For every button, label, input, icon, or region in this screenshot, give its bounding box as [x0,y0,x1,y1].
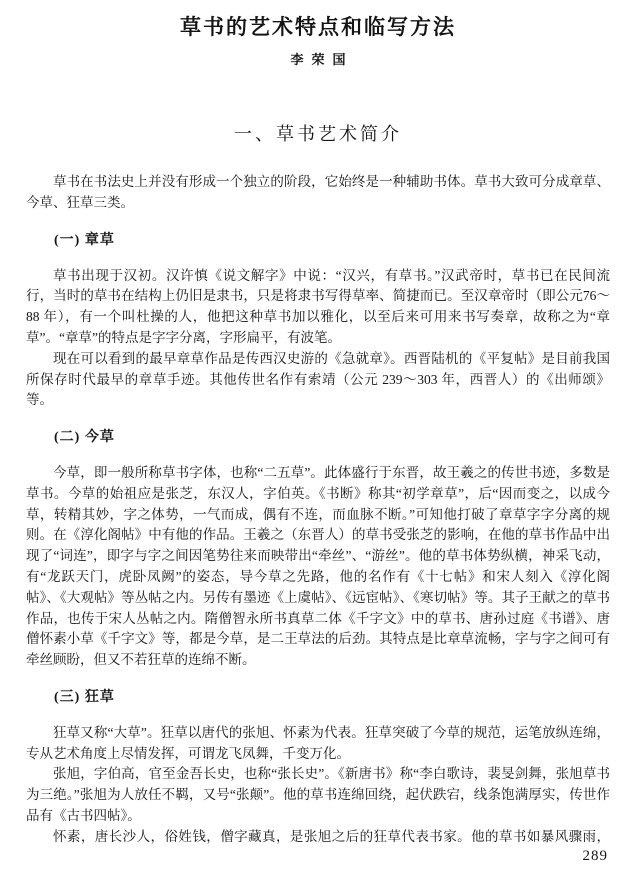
sub-heading: (二) 今草 [26,428,610,449]
paragraph: 张旭，字伯高，官至金吾长史，也称“张长史”。《新唐书》称“李白歌诗，裴旻剑舞，张… [26,764,610,826]
sub-heading: (一) 章草 [26,231,610,252]
content-blocks: 草书在书法史上并没有形成一个独立的阶段，它始终是一种辅助书体。草书大致可分成章草… [26,172,610,847]
page-number: 289 [583,848,609,865]
paragraph: 今草，即一般所称草书字体，也称“二五草”。此体盛行于东晋，故王羲之的传世书迹，多… [26,463,610,671]
section-heading: 一、草书艺术简介 [26,120,610,146]
paragraph: 怀素，唐长沙人，俗姓钱，僧字藏真，是张旭之后的狂草代表书家。他的草书如暴风骤雨， [26,827,610,848]
page-title: 草书的艺术特点和临写方法 [26,14,610,40]
author-name: 李荣国 [26,49,610,68]
paragraph: 草书在书法史上并没有形成一个独立的阶段，它始终是一种辅助书体。草书大致可分成章草… [26,172,610,214]
paragraph: 现在可以看到的最早章草作品是传西汉史游的《急就章》。西晋陆机的《平复帖》是目前我… [26,349,610,411]
paragraph: 狂草又称“大草”。狂草以唐代的张旭、怀素为代表。狂草突破了今草的规范，运笔放纵连… [26,723,610,765]
paragraph: 草书出现于汉初。汉许慎《说文解字》中说：“汉兴，有草书。”汉武帝时，草书已在民间… [26,266,610,349]
sub-heading: (三) 狂草 [26,688,610,709]
document-page: 草书的艺术特点和临写方法 李荣国 一、草书艺术简介 草书在书法史上并没有形成一个… [0,0,640,877]
